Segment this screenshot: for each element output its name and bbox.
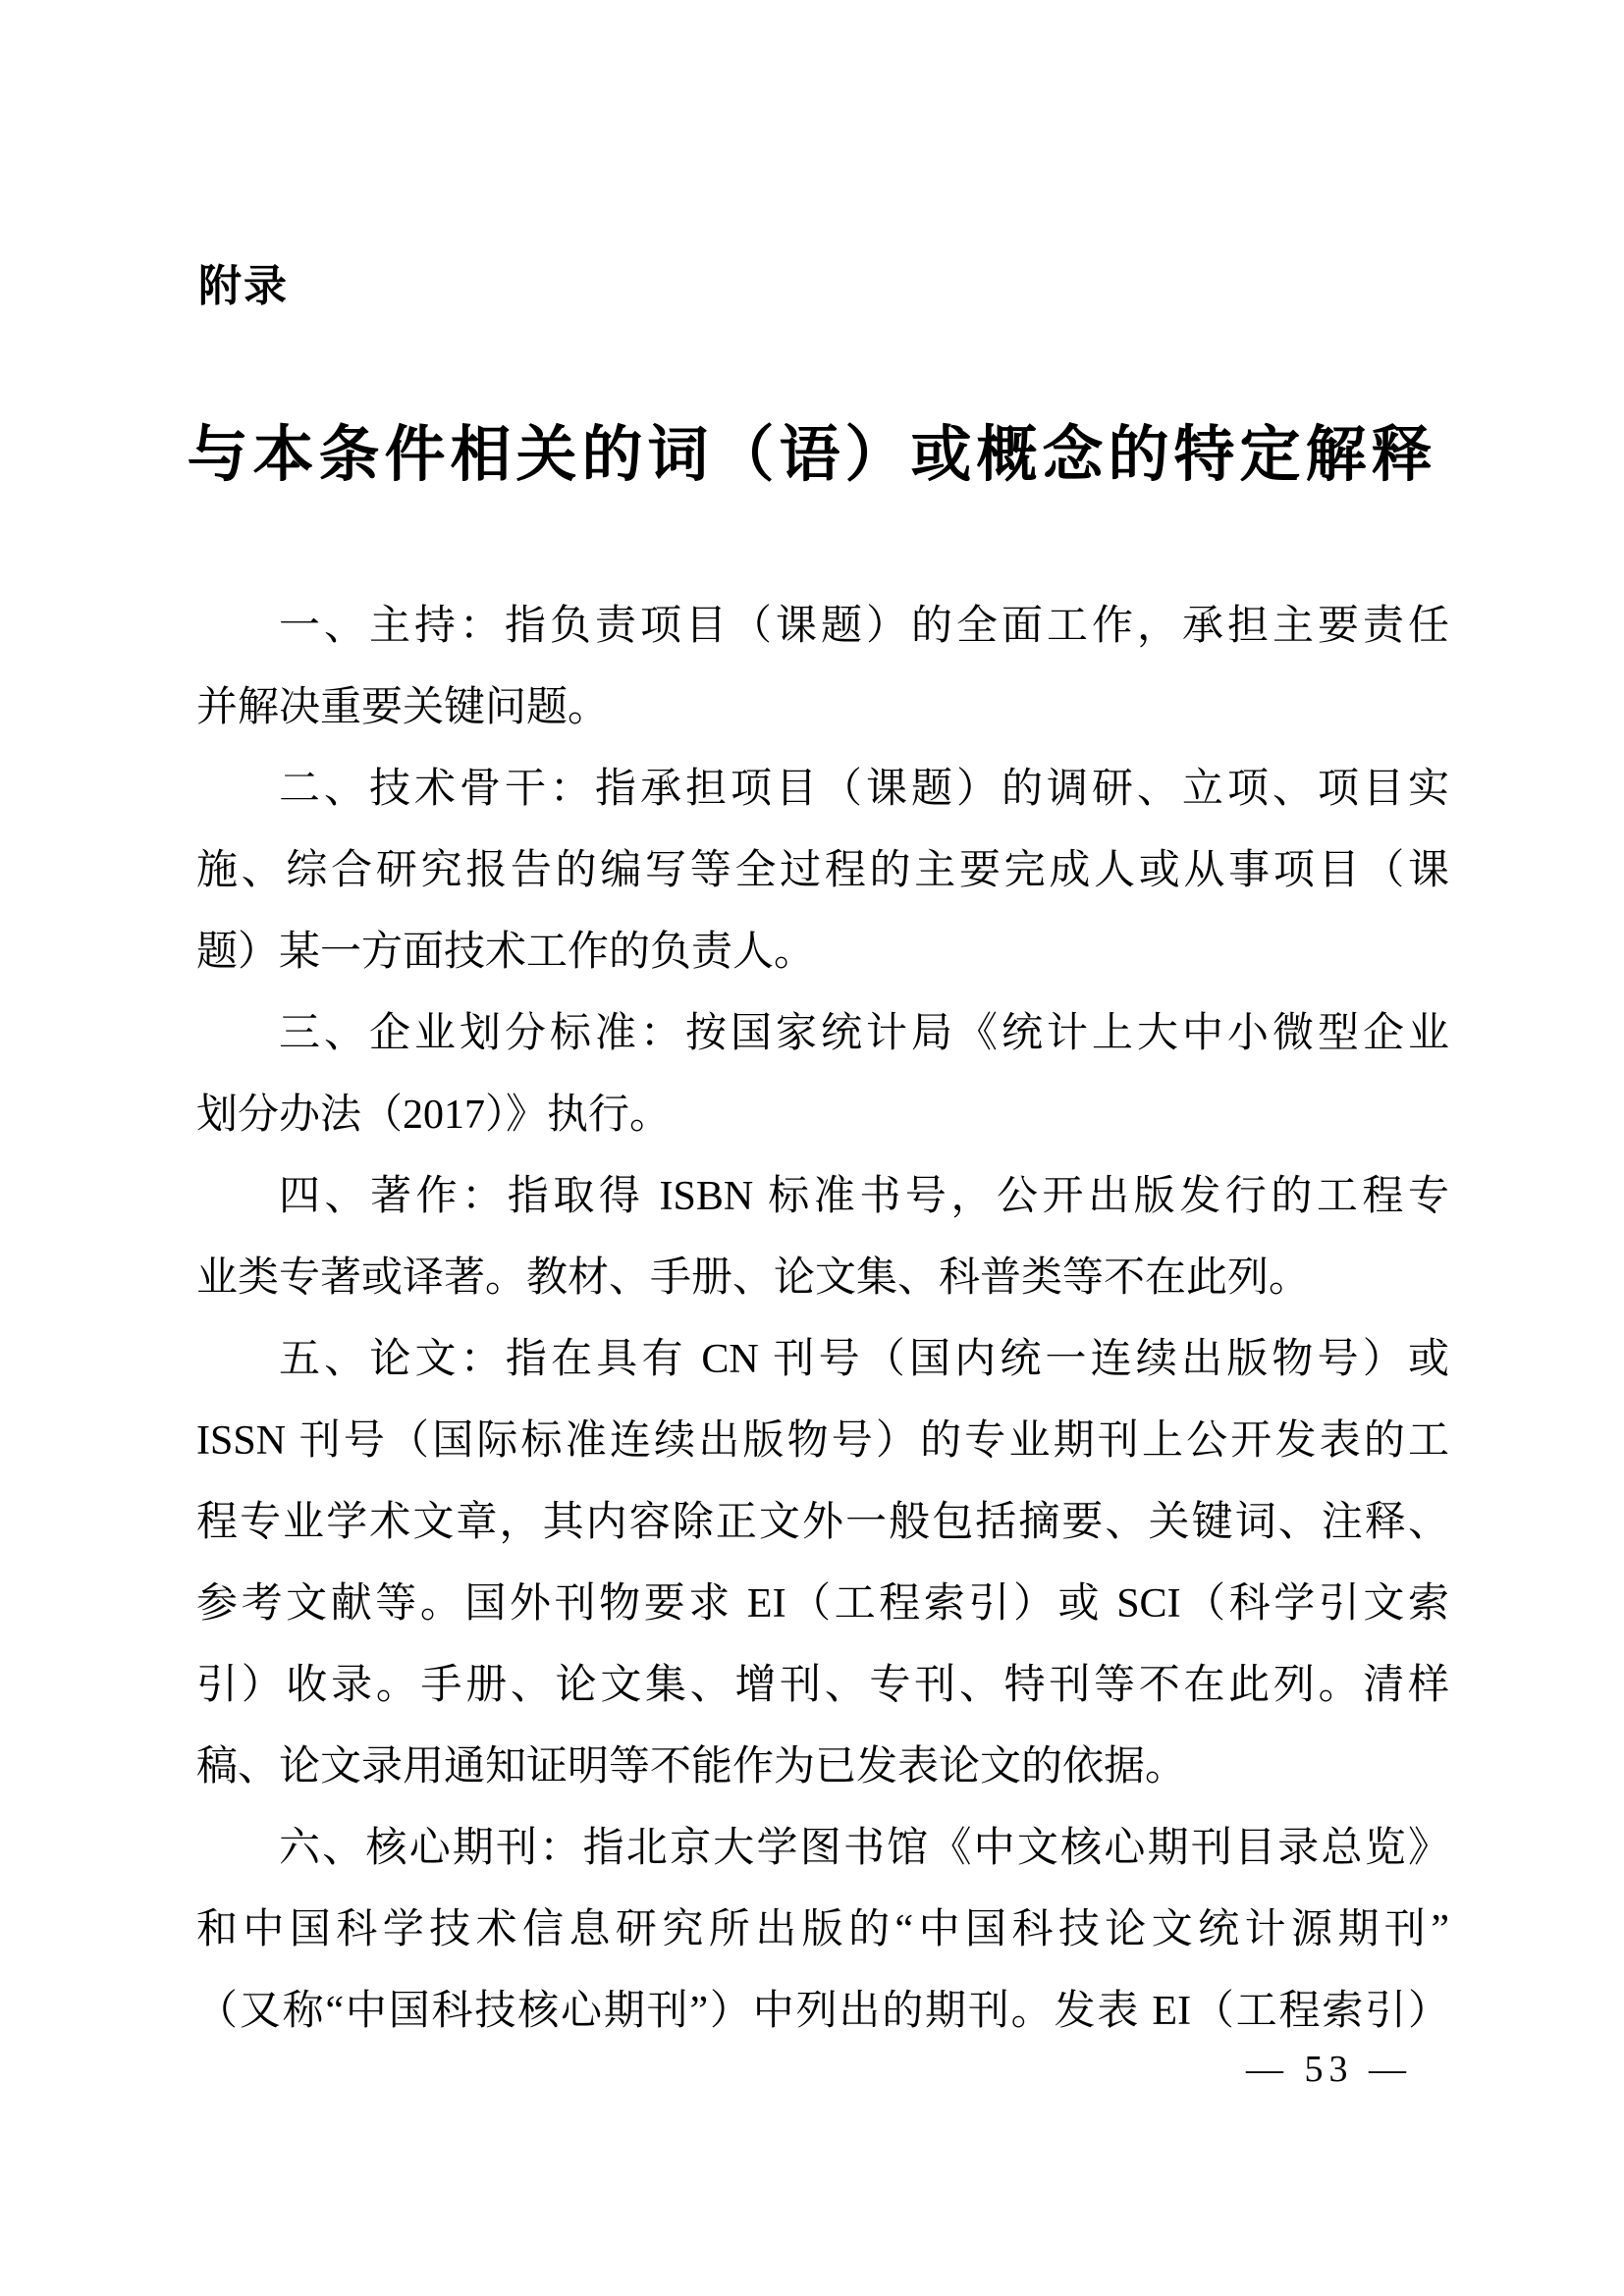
paragraph-line: 并解决重要关键问题。	[196, 667, 1449, 749]
paragraph-line: 施、综合研究报告的编写等全过程的主要完成人或从事项目（课	[196, 830, 1449, 912]
document-page: 附录 与本条件相关的词（语）或概念的特定解释 一、主持：指负责项目（课题）的全面…	[0, 0, 1624, 2296]
paragraph-line: 程专业学术文章，其内容除正文外一般包括摘要、关键词、注释、	[196, 1482, 1449, 1564]
paragraph-line: 引）收录。手册、论文集、增刊、专刊、特刊等不在此列。清样	[196, 1645, 1449, 1727]
paragraph-line: 三、企业划分标准：按国家统计局《统计上大中小微型企业	[196, 993, 1449, 1075]
paragraph-line: 题）某一方面技术工作的负责人。	[196, 912, 1449, 993]
paragraph-line: 六、核心期刊：指北京大学图书馆《中文核心期刊目录总览》	[196, 1808, 1449, 1890]
paragraph-line: 二、技术骨干：指承担项目（课题）的调研、立项、项目实	[196, 749, 1449, 830]
paragraph-line: 五、论文：指在具有 CN 刊号（国内统一连续出版物号）或	[196, 1319, 1449, 1401]
paragraph-line: 四、著作：指取得 ISBN 标准书号，公开出版发行的工程专	[196, 1156, 1449, 1238]
paragraph-line: 稿、论文录用通知证明等不能作为已发表论文的依据。	[196, 1727, 1449, 1808]
page-number: — 53 —	[1246, 2048, 1412, 2093]
paragraph-line: （又称“中国科技核心期刊”）中列出的期刊。发表 EI（工程索引）	[196, 1971, 1449, 2053]
document-title: 与本条件相关的词（语）或概念的特定解释	[0, 416, 1624, 496]
appendix-label: 附录	[198, 261, 289, 313]
paragraph-line: 一、主持：指负责项目（课题）的全面工作，承担主要责任	[196, 586, 1449, 667]
document-body: 一、主持：指负责项目（课题）的全面工作，承担主要责任并解决重要关键问题。二、技术…	[196, 586, 1449, 2053]
paragraph-line: 和中国科学技术信息研究所出版的“中国科技论文统计源期刊”	[196, 1890, 1449, 1971]
paragraph-line: ISSN 刊号（国际标准连续出版物号）的专业期刊上公开发表的工	[196, 1401, 1449, 1482]
paragraph-line: 参考文献等。国外刊物要求 EI（工程索引）或 SCI（科学引文索	[196, 1564, 1449, 1645]
paragraph-line: 业类专著或译著。教材、手册、论文集、科普类等不在此列。	[196, 1238, 1449, 1319]
paragraph-line: 划分办法（2017）》执行。	[196, 1075, 1449, 1156]
